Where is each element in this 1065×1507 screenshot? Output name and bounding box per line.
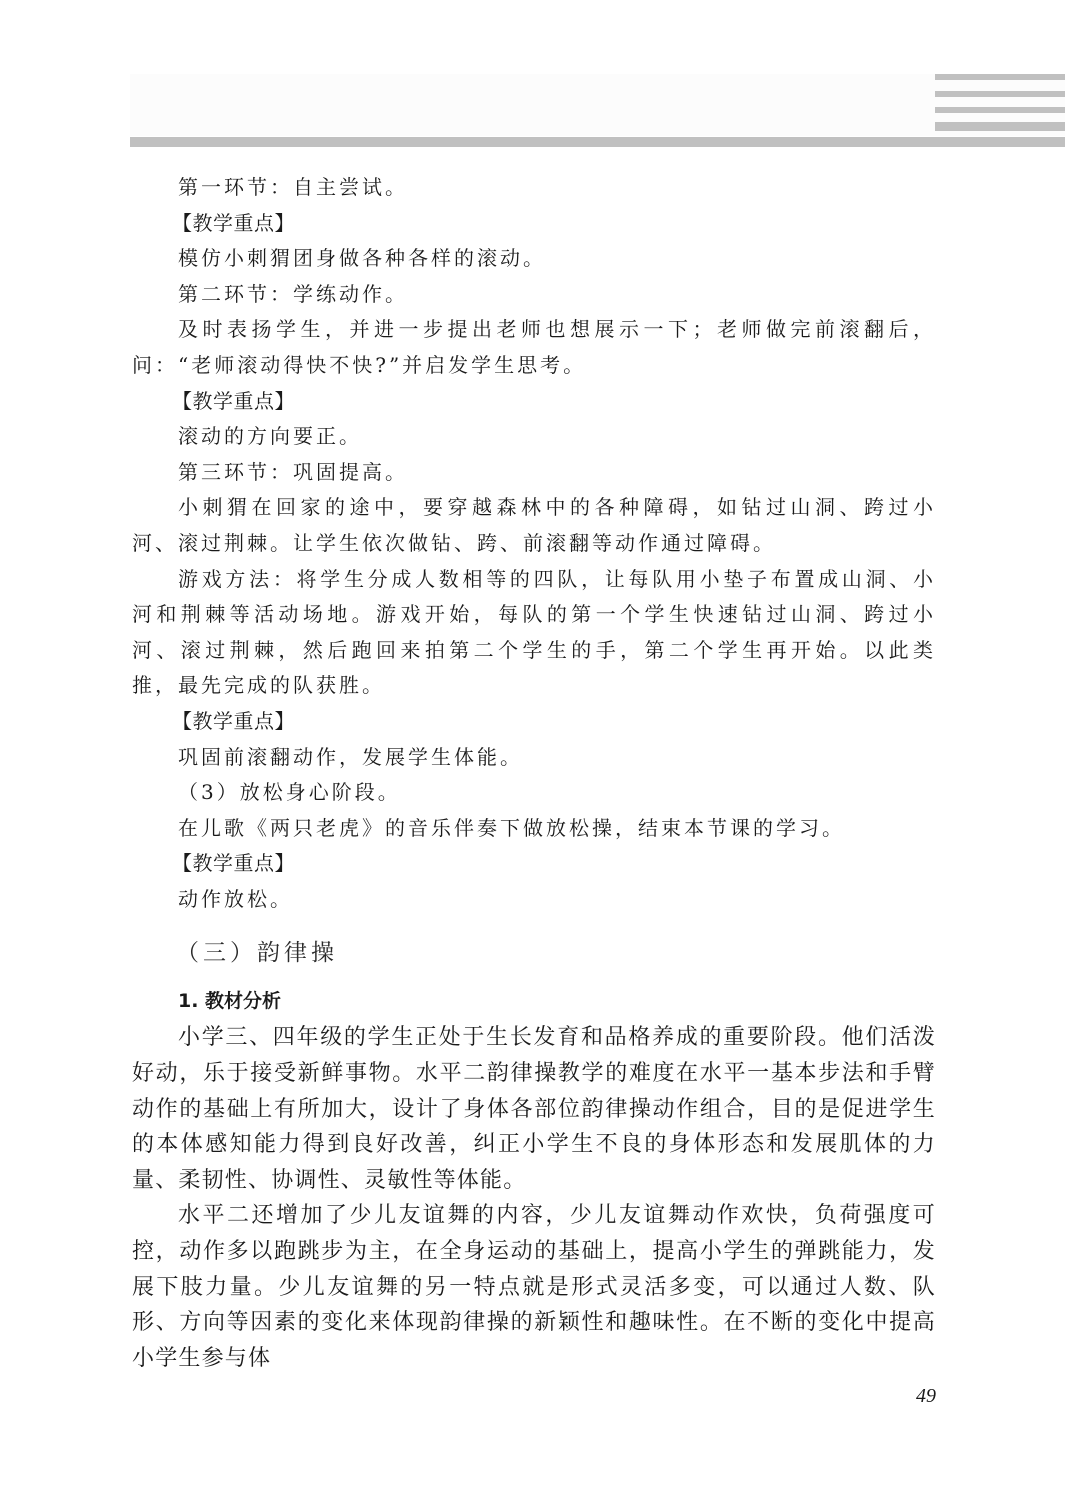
step-one-heading: 第一环节：自主尝试。 [132, 170, 936, 206]
relaxation-stage-heading: （3）放松身心阶段。 [132, 775, 936, 811]
header-stripe [935, 91, 1065, 97]
header-stripe [935, 122, 1065, 131]
header-stripe [935, 107, 1065, 113]
relaxation-paragraph: 在儿歌《两只老虎》的音乐伴奏下做放松操，结束本节课的学习。 [132, 811, 936, 847]
section-title: （三）韵律操 [132, 935, 936, 971]
header-band [130, 74, 1065, 136]
step-two-heading: 第二环节：学练动作。 [132, 277, 936, 313]
header-rule [130, 137, 1065, 147]
teaching-focus-heading: 【教学重点】 [132, 846, 936, 882]
step-two-paragraph: 及时表扬学生，并进一步提出老师也想展示一下；老师做完前滚翻后，问：“老师滚动得快… [132, 312, 936, 383]
teaching-focus-heading: 【教学重点】 [132, 704, 936, 740]
teaching-focus-heading: 【教学重点】 [132, 384, 936, 420]
step-three-paragraph: 小刺猬在回家的途中，要穿越森林中的各种障碍，如钻过山洞、跨过小河、滚过荆棘。让学… [132, 490, 936, 561]
body-paragraph: 水平二还增加了少儿友谊舞的内容，少儿友谊舞动作欢快，负荷强度可控，动作多以跑跳步… [132, 1197, 936, 1375]
header-stripes-decoration [935, 74, 1065, 134]
teaching-focus-text: 滚动的方向要正。 [132, 419, 936, 455]
page-number: 49 [900, 1385, 936, 1408]
step-three-heading: 第三环节：巩固提高。 [132, 455, 936, 491]
body-paragraph: 小学三、四年级的学生正处于生长发育和品格养成的重要阶段。他们活泼好动，乐于接受新… [132, 1019, 936, 1197]
teaching-focus-text: 动作放松。 [132, 882, 936, 918]
page-content: 第一环节：自主尝试。 【教学重点】 模仿小刺猬团身做各种各样的滚动。 第二环节：… [132, 170, 936, 1375]
teaching-focus-text: 巩固前滚翻动作，发展学生体能。 [132, 740, 936, 776]
game-method-paragraph: 游戏方法：将学生分成人数相等的四队，让每队用小垫子布置成山洞、小河和荆棘等活动场… [132, 562, 936, 704]
teaching-focus-heading: 【教学重点】 [132, 206, 936, 242]
teaching-focus-text: 模仿小刺猬团身做各种各样的滚动。 [132, 241, 936, 277]
header-stripe [935, 74, 1065, 80]
subsection-title: 1. 教材分析 [132, 983, 936, 1019]
